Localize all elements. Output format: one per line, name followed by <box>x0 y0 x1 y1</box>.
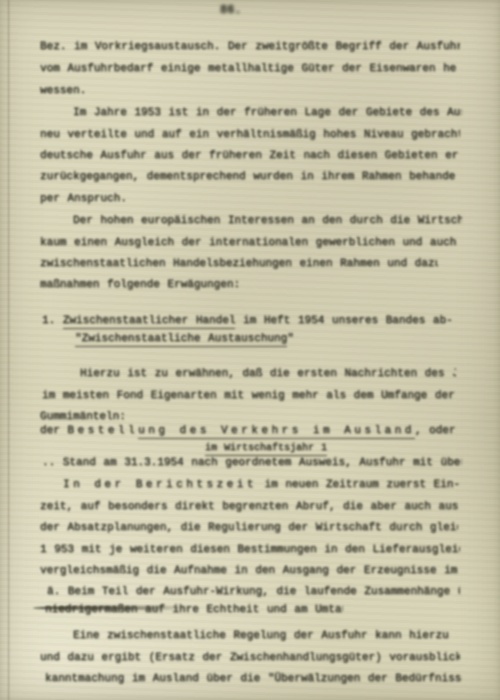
text-run: Im Jahre 1953 ist in der früheren Lage d… <box>73 107 462 119</box>
text-run: wessen. <box>40 85 86 97</box>
text-line-3: wessen. <box>40 84 94 101</box>
text-run: Eine zwischenstaatliche Regelung der Aus… <box>73 630 455 642</box>
text-line-9: Der hohen europäischen Interessen an den… <box>73 214 462 231</box>
text-line-25: vergleichsmäßig die Aufnahme in den Ausg… <box>40 564 460 581</box>
text-run: " <box>287 333 294 345</box>
text-line-5: neu verteilte und auf ein verhältnismäßi… <box>40 128 460 145</box>
text-run: im neuen Zeitraum zuerst Ein- und Aus- <box>257 479 460 491</box>
text-run: kaum einen Ausgleich der internationalen… <box>40 237 460 249</box>
text-run: kanntmachung im Ausland über die "Überwä… <box>45 673 462 685</box>
text-line-2: vom Ausfuhrbedarf einige metallhaltige G… <box>40 62 456 79</box>
text-line-6: deutsche Ausfuhr aus der früheren Zeit n… <box>40 149 458 166</box>
text-run: Hierzu ist zu erwähnen, daß die ersten N… <box>80 368 456 380</box>
text-run: im Heft 1954 unseres Bandes ab- <box>235 315 452 327</box>
text-line-23: der Absatzplanungen, die Regulierung der… <box>40 521 458 538</box>
text-run: der Absatzplanungen, die Regulierung der… <box>40 522 458 534</box>
text-run: 1. <box>42 315 63 327</box>
text-line-1: Bez. im Vorkriegsaustausch. Der zweitgrö… <box>40 40 460 57</box>
underlined-text: Zwischenstaatlicher Handel <box>63 315 236 329</box>
text-run: neu verteilte und auf ein verhältnismäßi… <box>40 129 460 141</box>
text-line-30: kanntmachung im Ausland über die "Überwä… <box>45 672 462 689</box>
text-run: vergleichsmäßig die Aufnahme in den Ausg… <box>40 565 460 577</box>
text-line-24: 1 953 mit je weiteren diesen Bestimmunge… <box>40 543 460 560</box>
text-line-12: maßnahmen folgende Erwägungen: <box>40 278 305 295</box>
underlined-text: "Zwischenstaatliche Austauschung <box>75 333 287 347</box>
text-line-26: ä. Beim Teil der Ausfuhr-Wirkung, die la… <box>47 585 460 602</box>
text-run: In der Berichtszeit <box>63 479 257 491</box>
paper-left-edge <box>7 0 10 700</box>
text-run: Bestell <box>67 425 138 437</box>
text-line-20: .. Stand am 31.3.1954 nach geordnetem Au… <box>42 456 462 473</box>
text-run: zurückgegangen, dementsprechend wurden i… <box>40 171 455 183</box>
text-run: per Anspruch. <box>40 193 127 205</box>
text-line-13: 1. Zwischenstaatlicher Handel im Heft 19… <box>42 314 462 331</box>
text-run: maßnahmen folgende Erwägungen: <box>40 279 240 291</box>
text-line-7: zurückgegangen, dementsprechend wurden i… <box>40 170 455 187</box>
text-run: Gummimänteln: <box>40 411 126 423</box>
text-line-16: im meisten Fond Eigenarten mit wenig meh… <box>42 389 462 406</box>
text-line-29: und dazu ergibt (Ersatz der Zwischenhand… <box>40 651 460 668</box>
text-line-14: "Zwischenstaatliche Austauschung" <box>75 332 313 349</box>
text-line-15: Hierzu ist zu erwähnen, daß die ersten N… <box>80 367 456 384</box>
ink-stroke-1 <box>33 606 191 610</box>
scanned-page: 86. Bez. im Vorkriegsaustausch. Der zwei… <box>0 0 500 700</box>
underlined-text: im Wirtschaftsjahr 1953/54 <box>205 443 327 456</box>
underlined-text: ung des Verkehrs im Ausland <box>138 425 415 439</box>
text-run: und dazu ergibt (Ersatz der Zwischenhand… <box>40 652 460 664</box>
text-line-11: zwischenstaatlichen Handelsbeziehungen e… <box>40 257 438 274</box>
text-run: ä. Beim Teil der Ausfuhr-Wirkung, die la… <box>47 586 460 598</box>
page-number: 86. <box>220 3 250 17</box>
text-line-18: der Bestellung des Verkehrs im Ausland, … <box>40 424 456 441</box>
text-run: der <box>40 425 67 437</box>
text-run: vom Ausfuhrbedarf einige metallhaltige G… <box>40 63 456 75</box>
text-line-21: In der Berichtszeit im neuen Zeitraum zu… <box>63 478 460 495</box>
text-run: , oder <box>415 425 456 437</box>
text-run: im meisten Fond Eigenarten mit wenig meh… <box>42 390 462 402</box>
text-line-10: kaum einen Ausgleich der internationalen… <box>40 236 460 253</box>
text-run: 1 953 mit je weiteren diesen Bestimmunge… <box>40 544 460 556</box>
text-run: zwischenstaatlichen Handelsbeziehungen e… <box>40 258 438 270</box>
text-run: zeit, auf besonders direkt begrenzten Ab… <box>40 501 460 513</box>
text-line-22: zeit, auf besonders direkt begrenzten Ab… <box>40 500 460 517</box>
text-run: .. Stand am 31.3.1954 nach geordnetem Au… <box>42 457 462 469</box>
text-line-28: Eine zwischenstaatliche Regelung der Aus… <box>73 629 455 646</box>
text-line-4: Im Jahre 1953 ist in der früheren Lage d… <box>73 106 462 123</box>
text-run: deutsche Ausfuhr aus der früheren Zeit n… <box>40 150 458 162</box>
text-run: Bez. im Vorkriegsaustausch. Der zweitgrö… <box>40 41 460 53</box>
text-line-8: per Anspruch. <box>40 192 140 209</box>
text-run: Der hohen europäischen Interessen an den… <box>73 215 462 227</box>
